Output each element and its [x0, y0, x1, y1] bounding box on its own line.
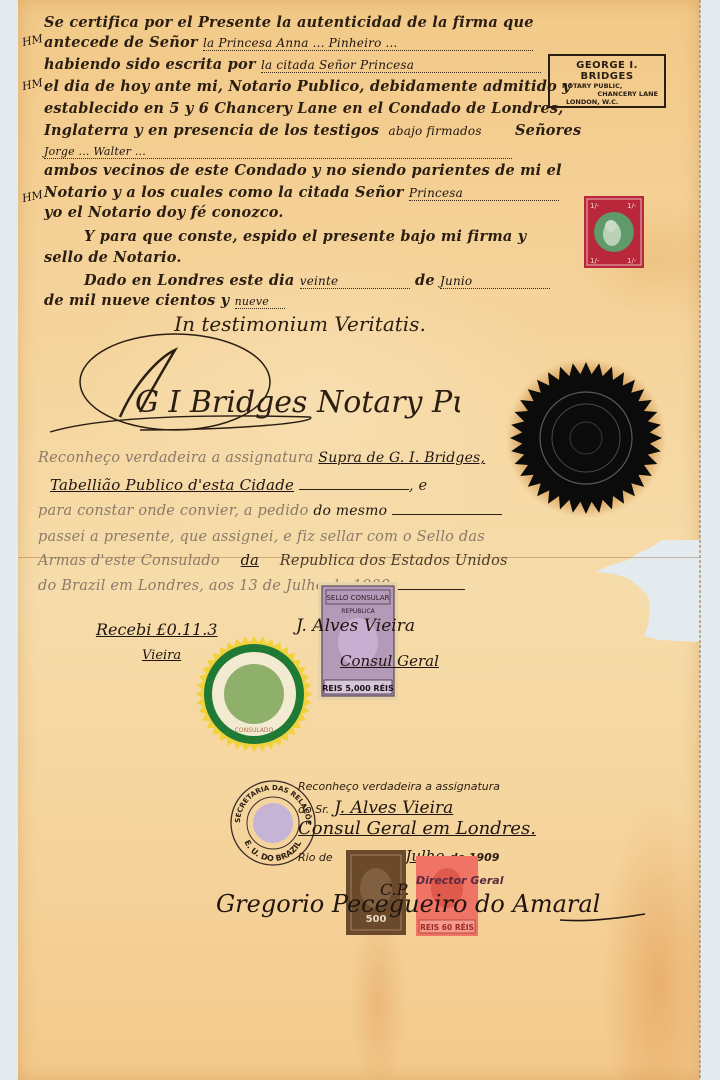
cert-line-12: sello de Notario. — [44, 249, 182, 266]
svg-text:1/-: 1/- — [627, 202, 637, 210]
ministry-line-3: Consul Geral em Londres. — [298, 818, 536, 839]
handwritten-testigos: abajo firmados — [389, 124, 482, 138]
postage-stamp: 1/- 1/- 1/- 1/- — [584, 196, 644, 268]
ministry-line-5: Director Geral — [416, 874, 503, 887]
cert-line-4: el dia de hoy ante mi, Notario Publico, … — [44, 78, 571, 95]
cert-line-9: Notario y a los cuales como la citada Se… — [44, 184, 559, 201]
cert-line-14: de mil nueve cientos y nueve — [44, 292, 285, 309]
handwritten-consulado: da — [241, 553, 259, 569]
handwritten-dia: veinte — [300, 274, 410, 289]
consular-line-3: para constar onde convier, a pedido do m… — [38, 503, 502, 519]
signature-consul: J. Alves Vieira — [296, 616, 415, 636]
cert-line-3: habiendo sido escrita por la citada Seño… — [44, 56, 541, 73]
handwritten-tabelliao: Tabellião Publico d'esta Cidade — [50, 476, 294, 494]
cert-line-1: Se certifica por el Presente la autentic… — [44, 14, 534, 31]
cert-line-10: yo el Notario doy fé conozco. — [44, 204, 284, 221]
ministry-line-2: do Sr. J. Alves Vieira — [298, 798, 453, 818]
svg-text:SELLO CONSULAR: SELLO CONSULAR — [326, 594, 389, 602]
revenue-stamp-5000: SELLO CONSULAR REPUBLICA REIS 5,000 RÉIS — [318, 582, 398, 700]
svg-text:CONSULADO: CONSULADO — [235, 727, 274, 734]
cert-line-11: Y para que conste, espido el presente ba… — [84, 228, 526, 245]
svg-text:1/-: 1/- — [627, 257, 637, 265]
cert-line-7: Jorge ... Walter ... — [44, 142, 512, 159]
svg-text:REPUBLICA: REPUBLICA — [341, 608, 375, 615]
cert-line-13: Dado en Londres este dia veinte de Junio — [84, 272, 550, 289]
handwritten-assignatura: Supra de G. I. Bridges, — [318, 450, 485, 466]
handwritten-consul-name: J. Alves Vieira — [334, 798, 453, 818]
handwritten-como-citada: Princesa — [409, 186, 559, 201]
handwritten-antecede: la Princesa Anna ... Pinheiro ... — [203, 36, 533, 51]
embossed-seal — [506, 358, 666, 518]
signature-flourish — [560, 900, 650, 930]
cert-line-2: antecede de Señor la Princesa Anna ... P… — [44, 34, 533, 51]
handwritten-mes: Junio — [440, 274, 550, 289]
handwritten-ano: nueve — [235, 295, 285, 309]
director-signature: Gregorio Pecegueiro do Amaral — [216, 890, 600, 918]
svg-text:G I Bridges Notary Public: G I Bridges Notary Public — [135, 385, 460, 420]
svg-text:REIS 60 RÉIS: REIS 60 RÉIS — [420, 923, 474, 932]
handwritten-pedido: do mesmo — [313, 503, 387, 519]
signature-consul-sub: Consul Geral — [340, 652, 439, 670]
cert-line-5: establecido en 5 y 6 Chancery Lane en el… — [44, 100, 564, 117]
handwritten-escrita: la citada Señor Princesa — [261, 58, 541, 73]
signature-recebi-sub: Vieira — [142, 648, 181, 663]
notary-stamp: GEORGE I. BRIDGES NOTARY PUBLIC, CHANCER… — [548, 54, 666, 108]
consular-line-4: passei a presente, que assignei, e fiz s… — [38, 529, 485, 545]
svg-text:1/-: 1/- — [590, 202, 600, 210]
cert-line-6: Inglaterra y en presencia de los testigo… — [44, 122, 581, 139]
svg-text:1/-: 1/- — [590, 257, 600, 265]
svg-text:REIS 5,000 RÉIS: REIS 5,000 RÉIS — [322, 682, 394, 693]
handwritten-witnesses: Jorge ... Walter ... — [44, 145, 512, 159]
consular-line-2: Tabellião Publico d'esta Cidade , e — [50, 476, 427, 494]
notary-signature: G I Bridges Notary Public — [40, 322, 460, 442]
consular-line-1: Reconheço verdadeira a assignatura Supra… — [38, 450, 485, 466]
cert-line-8: ambos vecinos de este Condado y no siend… — [44, 162, 562, 179]
green-consular-seal: CONSULADO — [196, 636, 312, 752]
consular-line-6: do Brazil em Londres, aos 13 de Julho de… — [38, 578, 465, 594]
consular-line-5: Armas d'este Consulado da Republica dos … — [38, 553, 508, 569]
ministry-line-1: Reconheço verdadeira a assignatura — [298, 780, 500, 793]
